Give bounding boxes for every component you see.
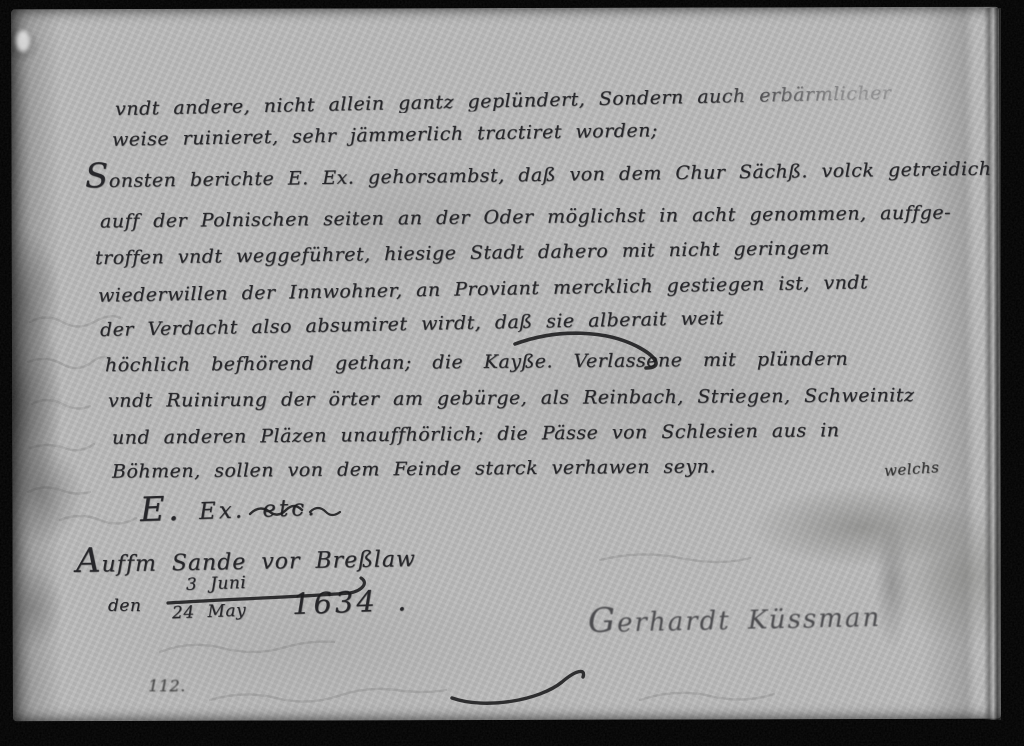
page-edge-crease xyxy=(984,8,1001,720)
paper-damage-spot xyxy=(16,30,30,52)
folio-number: 112. xyxy=(148,678,186,694)
date-new-style: 3 Juni xyxy=(186,575,247,594)
date-prefix: den xyxy=(108,598,141,615)
date-year: 1634 . xyxy=(292,586,410,619)
signature: Gerhardt Küssman xyxy=(588,605,882,637)
marginal-word: welchs xyxy=(884,460,940,479)
archival-scan: vndt andere, nicht allein gantz geplünde… xyxy=(0,0,1024,746)
valediction: E. Ex. etc. xyxy=(140,494,318,526)
date-old-style: 24 May xyxy=(172,603,247,623)
manuscript-line: Böhmen, sollen von dem Feinde starck ver… xyxy=(112,457,716,481)
place-line: Auffm Sande vor Breßlaw xyxy=(76,545,416,577)
